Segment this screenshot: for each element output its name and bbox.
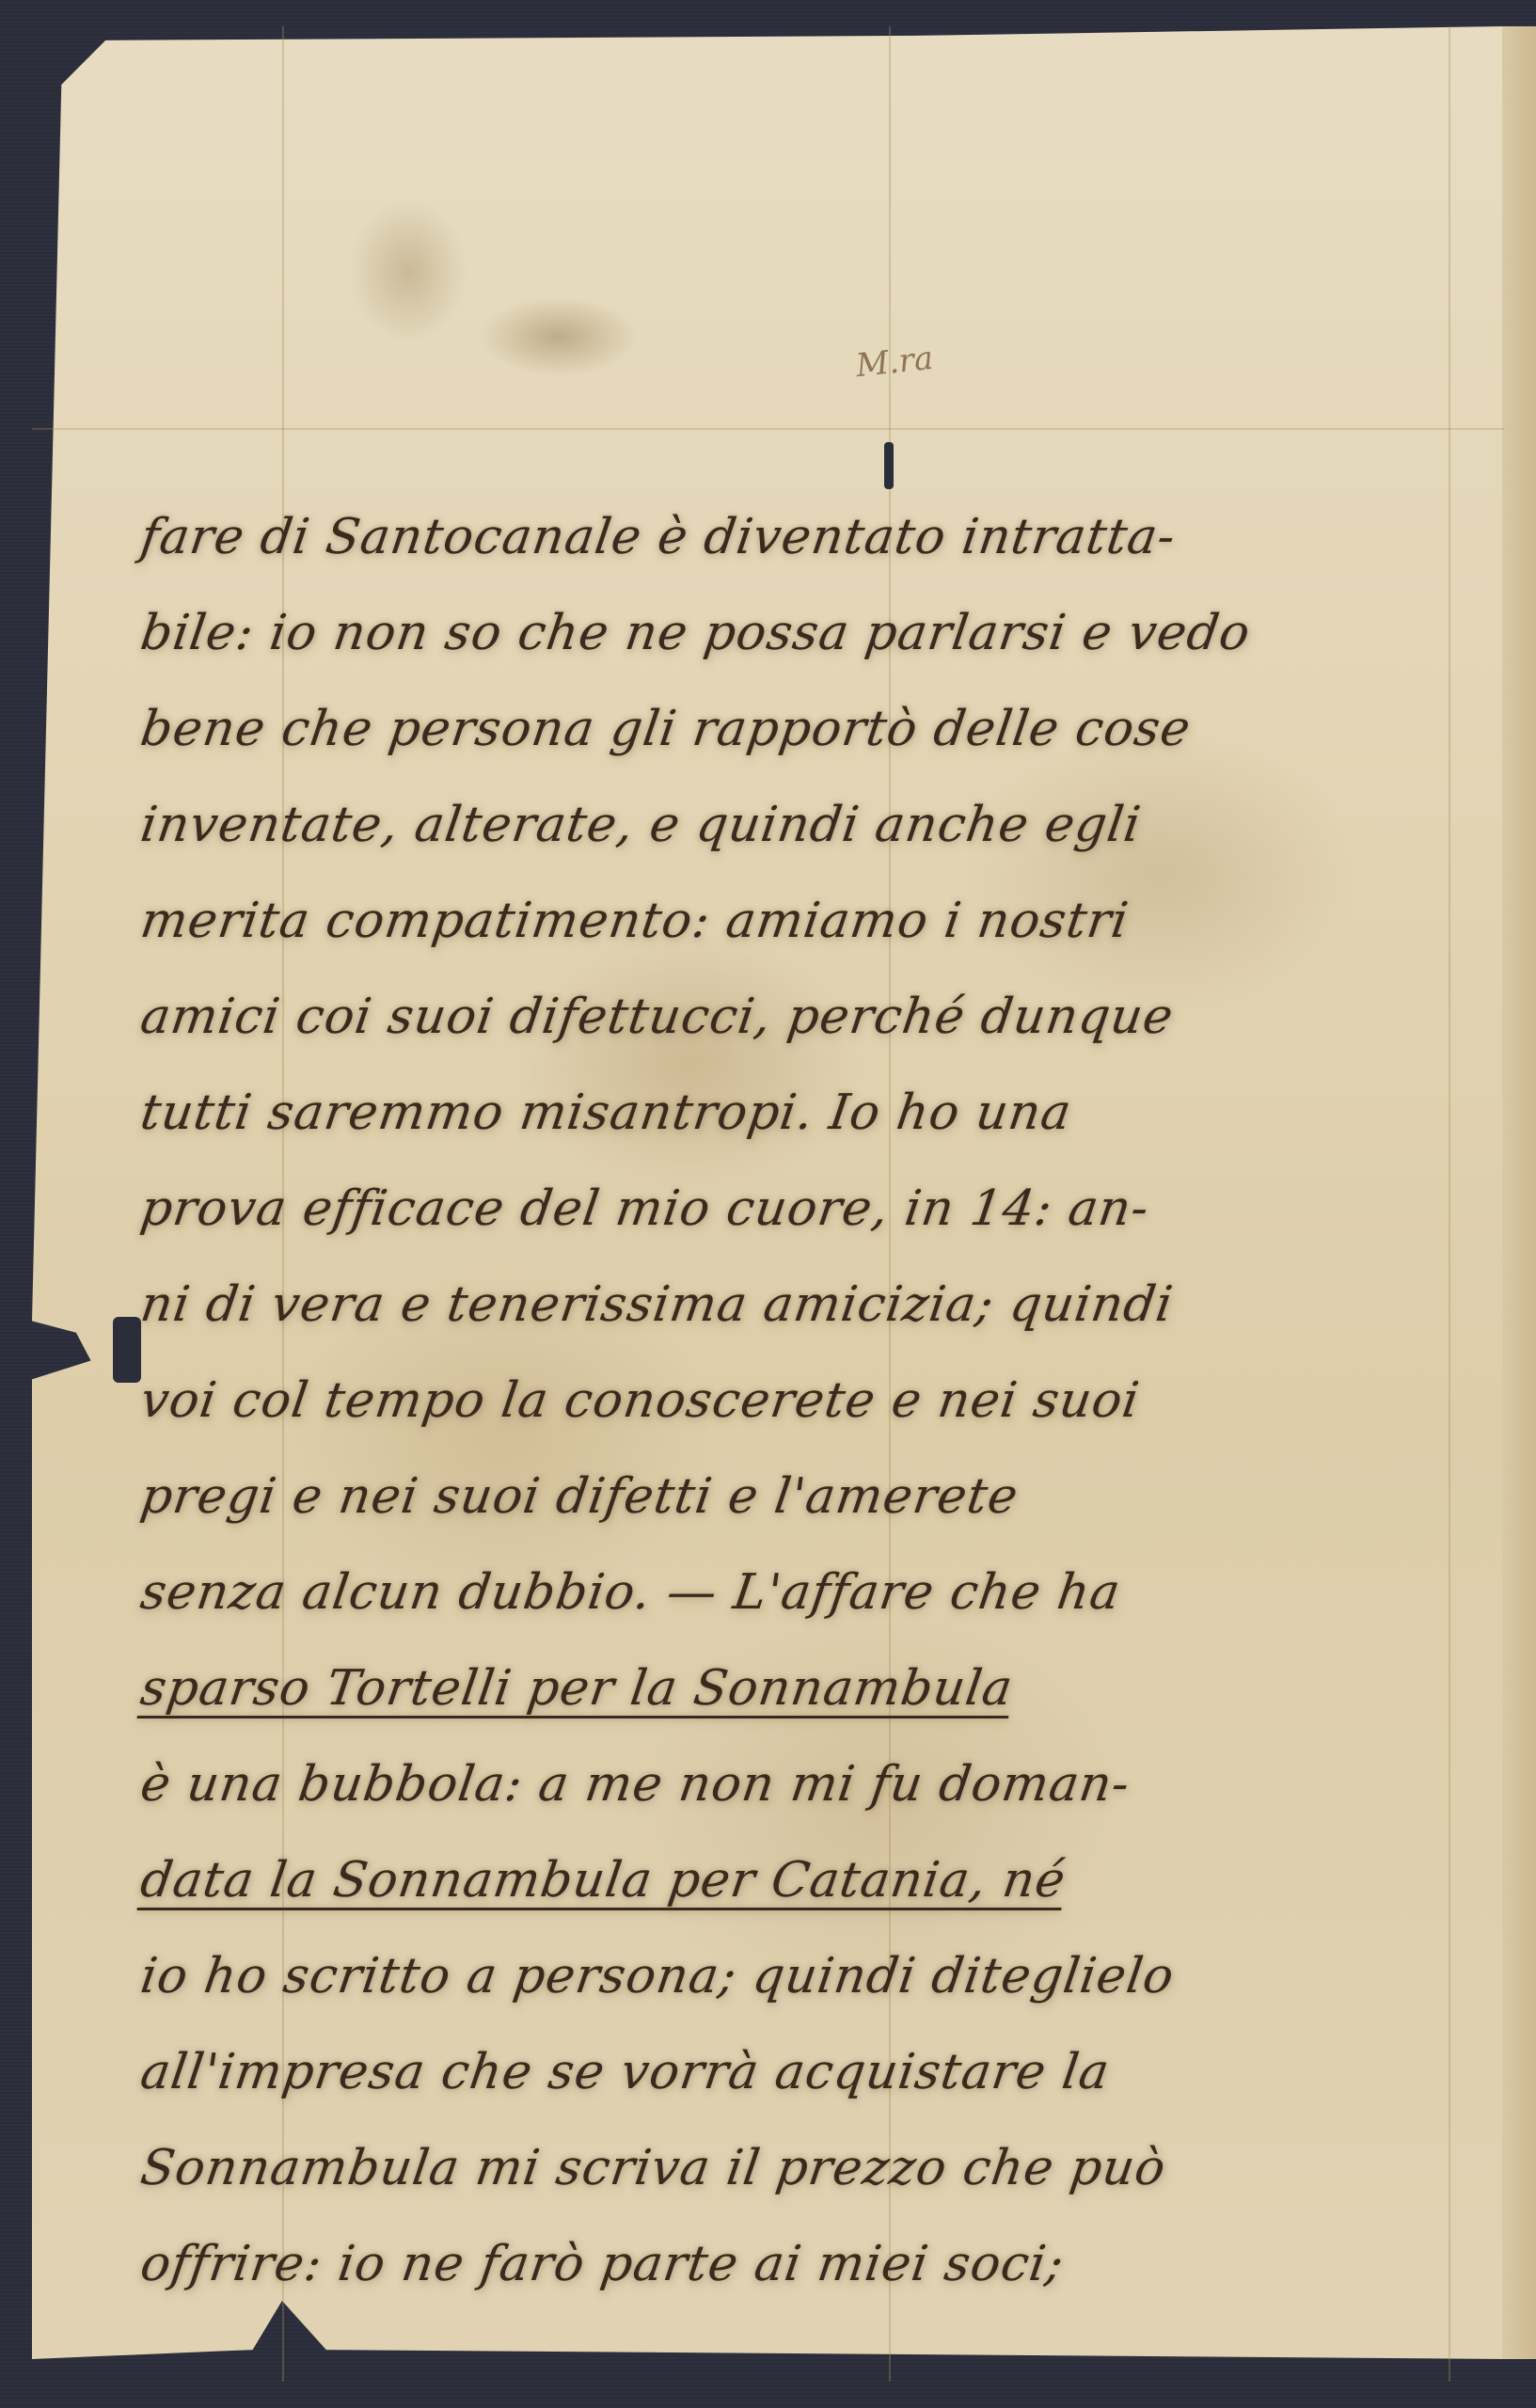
fold-line-horizontal xyxy=(32,428,1504,430)
letter-body: fare di Santocanale è diventato intratta… xyxy=(141,489,1458,2312)
text-line: fare di Santocanale è diventato intratta… xyxy=(135,489,1465,585)
text-line: bene che persona gli rapportò delle cose xyxy=(135,681,1465,777)
text-line: amici coi suoi difettucci, perché dunque xyxy=(135,969,1465,1065)
text-line: all'impresa che se vorrà acquistare la xyxy=(135,2024,1465,2120)
header-mark: M.ra xyxy=(854,340,935,385)
text-line-underlined: sparso Tortelli per la Sonnambula xyxy=(135,1640,1465,1736)
text-line: inventate, alterate, e quindi anche egli xyxy=(135,777,1465,873)
text-line: io ho scritto a persona; quindi diteglie… xyxy=(135,1928,1465,2024)
text-line: Sonnambula mi scriva il prezzo che può xyxy=(135,2120,1465,2216)
text-line: è una bubbola: a me non mi fu doman- xyxy=(135,1736,1465,1832)
text-line: bile: io non so che ne possa parlarsi e … xyxy=(135,585,1465,681)
text-line: senza alcun dubbio. — L'affare che ha xyxy=(135,1545,1465,1640)
text-line: ni di vera e tenerissima amicizia; quind… xyxy=(135,1257,1465,1353)
text-line: tutti saremmo misantropi. Io ho una xyxy=(135,1065,1465,1161)
text-line: voi col tempo la conoscerete e nei suoi xyxy=(135,1353,1465,1449)
text-line: merita compatimento: amiamo i nostri xyxy=(135,873,1465,969)
text-line: prova efficace del mio cuore, in 14: an- xyxy=(135,1161,1465,1257)
text-line: pregi e nei suoi difetti e l'amerete xyxy=(135,1449,1465,1545)
text-line: offrire: io ne farò parte ai miei soci; xyxy=(135,2216,1465,2312)
adjacent-page-edge xyxy=(1502,26,1536,2359)
paper-tear xyxy=(884,442,894,489)
text-line-underlined: data la Sonnambula per Catania, né xyxy=(135,1832,1465,1928)
